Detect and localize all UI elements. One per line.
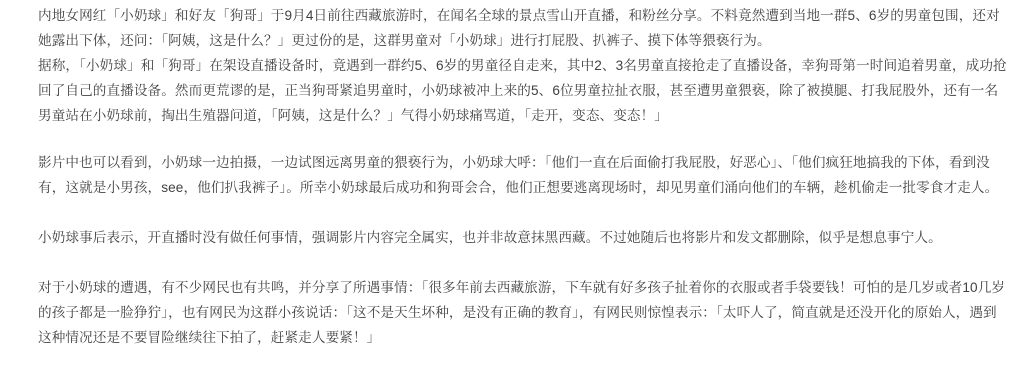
- paragraph-intro: 内地女网红「小奶球」和好友「狗哥」于9月4日前往西藏旅游时，在闻名全球的景点雪山…: [38, 3, 1010, 53]
- paragraph-response: 小奶球事后表示，开直播时没有做任何事情，强调影片内容完全属实，也并非故意抹黑西藏…: [38, 225, 1010, 250]
- paragraph-incident-detail: 据称，「小奶球」和「狗哥」在架设直播设备时，竟遇到一群约5、6岁的男童径自走来，…: [38, 53, 1010, 128]
- paragraph-netizen-comments: 对于小奶球的遭遇，有不少网民也有共鸣，并分享了所遇事情：「很多年前去西藏旅游，下…: [38, 275, 1010, 350]
- article-body: 内地女网红「小奶球」和好友「狗哥」于9月4日前往西藏旅游时，在闻名全球的景点雪山…: [0, 0, 1024, 374]
- paragraph-video-description: 影片中也可以看到，小奶球一边拍摄，一边试图远离男童的猥亵行为，小奶球大呼：「他们…: [38, 150, 1010, 200]
- page: { "colors": { "page-bg": "#ffffff", "tex…: [0, 0, 1024, 374]
